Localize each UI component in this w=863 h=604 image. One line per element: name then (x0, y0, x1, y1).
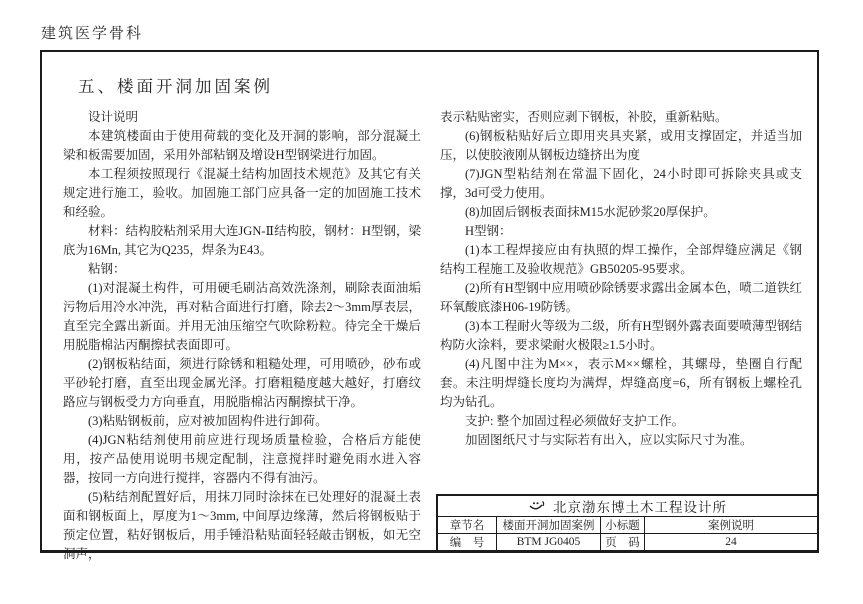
paragraph: 加固图纸尺寸与实际若有出入，应以实际尺寸为准。 (440, 431, 802, 450)
number-value: BTM JG0405 (496, 534, 600, 550)
paragraph: 本建筑楼面由于使用荷载的变化及开洞的影响，部分混凝土梁和板需要加固，采用外部粘钢… (63, 127, 421, 165)
paragraph: (4)凡图中注为M××，表示M××螺栓，其螺母，垫圈自行配套。未注明焊缝长度均为… (440, 355, 802, 412)
right-text-column: 表示粘贴密实，否则应剥下钢板，补胶，重新粘贴。(6)钢板粘贴好后立即用夹具夹紧，… (440, 108, 802, 450)
title-block: 北京渤东博土木工程设计所 章节名 楼面开洞加固案例 小标题 案例说明 编 号 B… (436, 494, 817, 550)
paragraph: 表示粘贴密实，否则应剥下钢板，补胶，重新粘贴。 (440, 108, 802, 127)
paragraph: (3)本工程耐火等级为二级，所有H型钢外露表面要喷薄型钢结构防火涂料，要求梁耐火… (440, 317, 802, 355)
title-block-row-number: 编 号 BTM JG0405 页 码 24 (438, 533, 817, 550)
paragraph: (3)粘贴钢板前，应对被加固构件进行卸荷。 (63, 412, 421, 431)
paragraph: (4)JGN粘结剂使用前应进行现场质量检验，合格后方能使用，按产品使用说明书规定… (63, 431, 421, 488)
page-label: 页 码 (600, 534, 644, 550)
paragraph: (1)本工程焊接应由有执照的焊工操作，全部焊缝应满足《钢结构工程施工及验收规范》… (440, 241, 802, 279)
page-value: 24 (644, 534, 817, 550)
institute-name: 北京渤东博土木工程设计所 (553, 496, 727, 516)
paragraph: 本工程须按照现行《混凝土结构加固技术规范》及其它有关规定进行施工，验收。加固施工… (63, 165, 421, 222)
paragraph: 材料：结构胶粘剂采用大连JGN-Ⅱ结构胶，钢材：H型钢，梁底为16Mn, 其它为… (63, 222, 421, 260)
title-block-company-row: 北京渤东博土木工程设计所 (438, 496, 817, 517)
subtitle-value: 案例说明 (644, 517, 817, 533)
paragraph: (5)粘结剂配置好后，用抹刀同时涂抹在已处理好的混凝土表面和钢板面上，厚度为1～… (63, 488, 421, 564)
chapter-label: 章节名 (438, 517, 496, 533)
subtitle-label: 小标题 (600, 517, 644, 533)
paragraph: H型钢： (440, 222, 802, 241)
page-header: 建筑医学骨科 (41, 22, 143, 43)
number-label: 编 号 (438, 534, 496, 550)
paragraph: (7)JGN型粘结剂在常温下固化，24小时即可拆除夹具或支撑，3d可受力使用。 (440, 165, 802, 203)
paragraph: (2)所有H型钢中应用喷砂除锈要求露出金属本色，喷二道铁红环氧酸底漆H06-19… (440, 279, 802, 317)
paragraph: 粘钢： (63, 260, 421, 279)
institute-logo-icon (528, 500, 546, 513)
chapter-value: 楼面开洞加固案例 (496, 517, 600, 533)
paragraph: (2)钢板粘结面，须进行除锈和粗糙处理，可用喷砂，砂布或平砂轮打磨，直至出现金属… (63, 355, 421, 412)
section-title: 五、楼面开洞加固案例 (78, 73, 273, 97)
paragraph: 设计说明 (63, 108, 421, 127)
drawing-sheet: 五、楼面开洞加固案例 设计说明本建筑楼面由于使用荷载的变化及开洞的影响，部分混凝… (40, 50, 819, 553)
left-text-column: 设计说明本建筑楼面由于使用荷载的变化及开洞的影响，部分混凝土梁和板需要加固，采用… (63, 108, 421, 564)
paragraph: (1)对混凝土构件，可用硬毛刷沾高效洗涤剂，刷除表面油垢污物后用冷水冲洗，再对粘… (63, 279, 421, 355)
title-block-row-chapter: 章节名 楼面开洞加固案例 小标题 案例说明 (438, 517, 817, 533)
paragraph: (8)加固后钢板表面抹M15水泥砂浆20厚保护。 (440, 203, 802, 222)
paragraph: 支护: 整个加固过程必须做好支护工作。 (440, 412, 802, 431)
paragraph: (6)钢板粘贴好后立即用夹具夹紧，或用支撑固定，并适当加压，以使胶液刚从钢板边缝… (440, 127, 802, 165)
